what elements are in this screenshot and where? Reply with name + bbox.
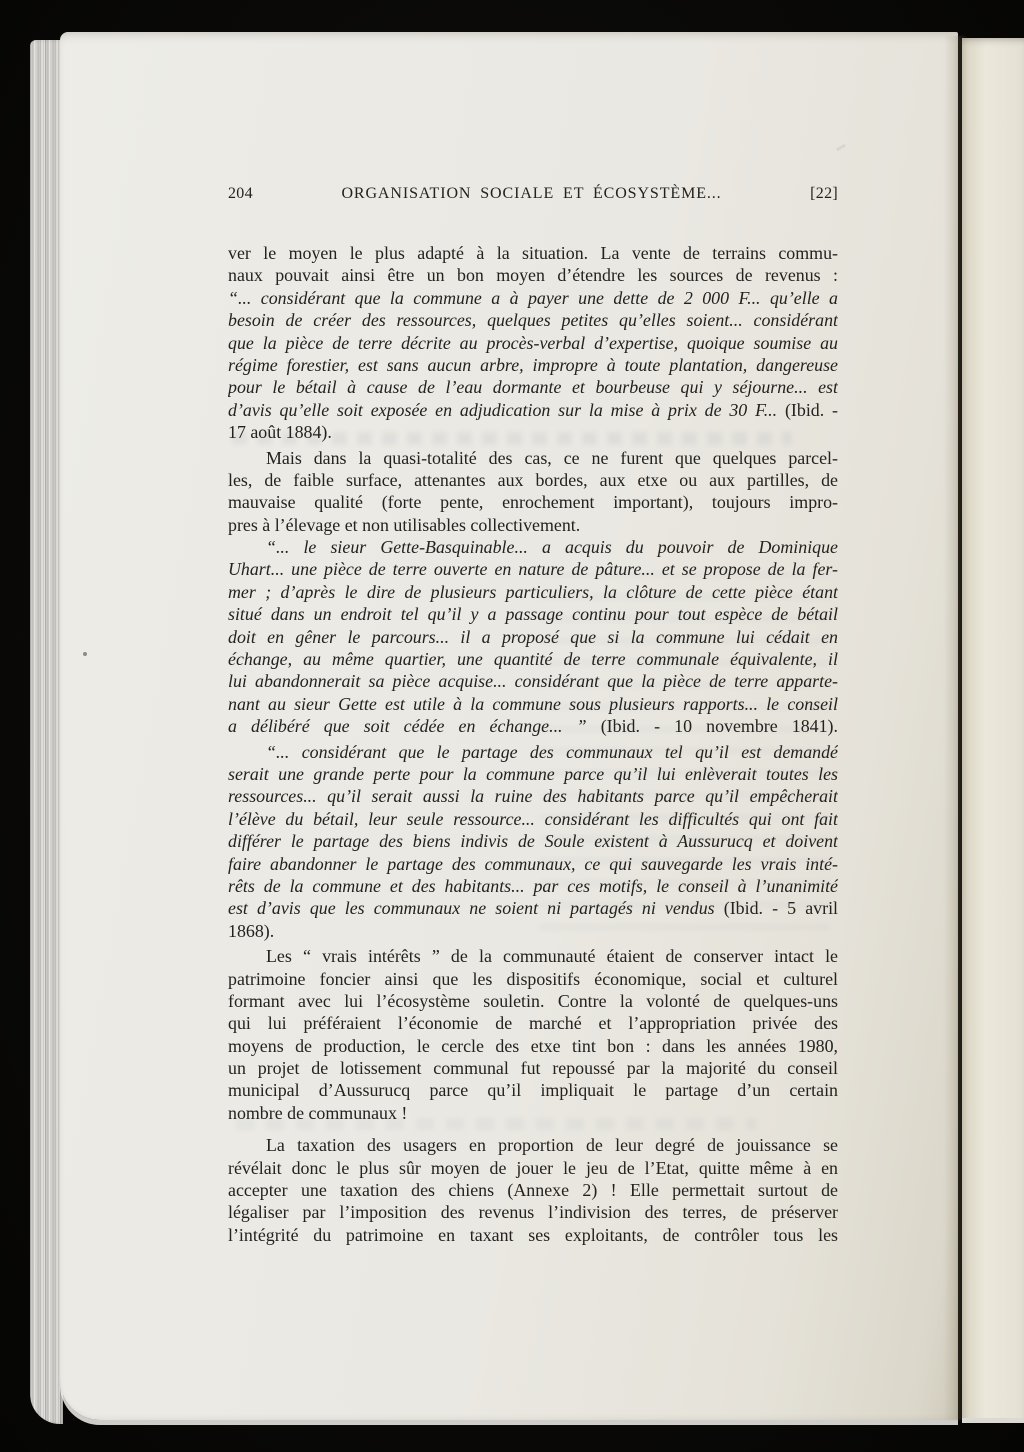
quote-line: serait une grande perte pour la commune …: [228, 763, 838, 785]
opening-paragraph: ver le moyen le plus adapté à la situati…: [228, 242, 838, 287]
paragraph-vrais-interets: Les “ vrais intérêts ” de la communauté …: [228, 945, 838, 1124]
quote-line: “... considérant que la commune a à paye…: [228, 287, 838, 309]
page-body-text: ver le moyen le plus adapté à la situati…: [228, 242, 838, 1246]
text-line: un projet de lotissement communal fut re…: [228, 1057, 838, 1079]
text-line: les, de faible surface, attenantes aux b…: [228, 469, 838, 491]
text-column: 204 ORGANISATION SOCIALE ET ÉCOSYSTÈME..…: [228, 184, 838, 1246]
text-line: légaliser par l’imposition des revenus l…: [228, 1201, 838, 1223]
text-line: l’intégrité du patrimoine en taxant ses …: [228, 1224, 838, 1246]
text-line: La taxation des usagers en proportion de…: [228, 1134, 838, 1156]
scanned-book-photo: 204 ORGANISATION SOCIALE ET ÉCOSYSTÈME..…: [0, 0, 1024, 1452]
text-line: ver le moyen le plus adapté à la situati…: [228, 242, 838, 264]
facing-page-edge: [962, 38, 1024, 1418]
quote-line: “... le sieur Gette-Basquinable... a acq…: [228, 536, 838, 558]
text-line: formant avec lui l’écosystème souletin. …: [228, 990, 838, 1012]
quote-line: échange, au même quartier, une quantité …: [228, 648, 838, 670]
text-line: pres à l’élevage et non utilisables coll…: [228, 514, 838, 536]
page-bracket-ref: [22]: [810, 184, 838, 204]
quote-line: situé dans un endroit tel qu’il y a pass…: [228, 603, 838, 625]
quote-line: régime forestier, est sans aucun arbre, …: [228, 354, 838, 376]
quote-line: faire abandonner le partage des communau…: [228, 853, 838, 875]
quote-line: rêts de la commune et des habitants... p…: [228, 875, 838, 897]
paragraph-parcelles: Mais dans la quasi-totalité des cas, ce …: [228, 447, 838, 537]
running-title: ORGANISATION SOCIALE ET ÉCOSYSTÈME...: [253, 184, 810, 204]
running-head: 204 ORGANISATION SOCIALE ET ÉCOSYSTÈME..…: [228, 184, 838, 204]
quote-1868: “... considérant que le partage des comm…: [228, 741, 838, 943]
quote-line: pour le bétail à cause de l’eau dormante…: [228, 376, 838, 398]
text-line: révélait donc le plus sûr moyen de jouer…: [228, 1157, 838, 1179]
quote-line: lui abandonnerait sa pièce acquise... co…: [228, 670, 838, 692]
quote-line: d’avis qu’elle soit exposée en adjudicat…: [228, 399, 838, 421]
quote-line: l’élève du bétail, leur seule ressource.…: [228, 808, 838, 830]
page-edge-stack: [30, 40, 63, 1424]
quote-line: a délibéré que soit cédée en échange... …: [228, 715, 838, 737]
text-line: mauvaise qualité (forte pente, enrocheme…: [228, 491, 838, 513]
paper-speck: [83, 652, 87, 656]
paragraph-taxation: La taxation des usagers en proportion de…: [228, 1134, 838, 1246]
text-line: accepter une taxation des chiens (Annexe…: [228, 1179, 838, 1201]
text-line: moyens de production, le cercle des etxe…: [228, 1035, 838, 1057]
quote-1884: “... considérant que la commune a à paye…: [228, 287, 838, 444]
quote-line: est d’avis que les communaux ne soient n…: [228, 897, 838, 919]
quote-line: différer le partage des biens indivis de…: [228, 830, 838, 852]
text-line: Mais dans la quasi-totalité des cas, ce …: [228, 447, 838, 469]
quote-line: mer ; d’après le dire de plusieurs parti…: [228, 581, 838, 603]
quote-line: Uhart... une pièce de terre ouverte en n…: [228, 558, 838, 580]
quote-line: que la pièce de terre décrite au procès-…: [228, 332, 838, 354]
quote-line: ressources... qu’il serait aussi la ruin…: [228, 785, 838, 807]
text-line: Les “ vrais intérêts ” de la communauté …: [228, 945, 838, 967]
text-line: municipal d’Aussurucq parce qu’il impliq…: [228, 1079, 838, 1101]
quote-line: doit en gêner le parcours... il a propos…: [228, 626, 838, 648]
text-line: patrimoine foncier ainsi que les disposi…: [228, 968, 838, 990]
quote-1841: “... le sieur Gette-Basquinable... a acq…: [228, 536, 838, 738]
quote-line: 17 août 1884).: [228, 421, 838, 443]
quote-line: besoin de créer des ressources, quelques…: [228, 309, 838, 331]
quote-line: “... considérant que le partage des comm…: [228, 741, 838, 763]
quote-line: nant au sieur Gette est utile à la commu…: [228, 693, 838, 715]
page-number: 204: [228, 184, 253, 204]
text-line: qui lui préféraient l’économie de marché…: [228, 1012, 838, 1034]
text-line: naux pouvait ainsi être un bon moyen d’é…: [228, 264, 838, 286]
quote-line: 1868).: [228, 920, 838, 942]
text-line: nombre de communaux !: [228, 1102, 838, 1124]
